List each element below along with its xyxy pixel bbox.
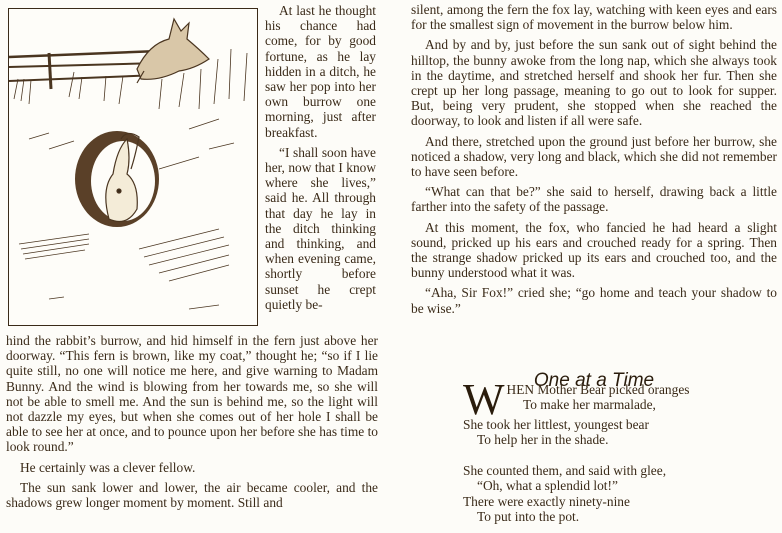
paragraph: “I shall soon have her, now that I know … xyxy=(265,145,376,312)
paragraph: The sun sank lower and lower, the air be… xyxy=(6,480,378,510)
drop-cap: W xyxy=(463,383,505,417)
paragraph: “Aha, Sir Fox!” cried she; “go home and … xyxy=(411,285,777,315)
paragraph: “What can that be?” she said to herself,… xyxy=(411,184,777,214)
poem-line: There were exactly ninety-nine xyxy=(463,494,763,509)
paragraph: At this moment, the fox, who fancied he … xyxy=(411,220,777,281)
paragraph: And by and by, just before the sun sank … xyxy=(411,37,777,128)
poem-line: “Oh, what a splendid lot!” xyxy=(463,478,763,493)
fox-and-rabbit-illustration xyxy=(8,8,258,326)
poem-line: She counted them, and said with glee, xyxy=(463,463,763,478)
paragraph: He certainly was a clever fellow. xyxy=(6,460,378,475)
poem-line: HEN Mother Bear picked oranges xyxy=(463,382,763,397)
paragraph: And there, stretched upon the ground jus… xyxy=(411,134,777,180)
paragraph: silent, among the fern the fox lay, watc… xyxy=(411,2,777,32)
illustration-drawing xyxy=(9,9,257,325)
poem: W HEN Mother Bear picked oranges To make… xyxy=(463,382,763,524)
poem-line: To put into the pot. xyxy=(463,509,763,524)
poem-line: To make her marmalade, xyxy=(463,397,763,412)
stanza: She counted them, and said with glee, “O… xyxy=(463,463,763,525)
stanza: W HEN Mother Bear picked oranges To make… xyxy=(463,382,763,448)
paragraph: hind the rabbit’s burrow, and hid himsel… xyxy=(6,333,378,455)
paragraph: At last he thought his chance had come, … xyxy=(265,3,376,140)
left-column-text: hind the rabbit’s burrow, and hid himsel… xyxy=(6,333,378,515)
poem-line: She took her littlest, youngest bear xyxy=(463,417,763,432)
right-column-text: silent, among the fern the fox lay, watc… xyxy=(411,2,777,321)
poem-line: To help her in the shade. xyxy=(463,432,763,447)
wrapped-text-block: At last he thought his chance had come, … xyxy=(265,3,376,317)
